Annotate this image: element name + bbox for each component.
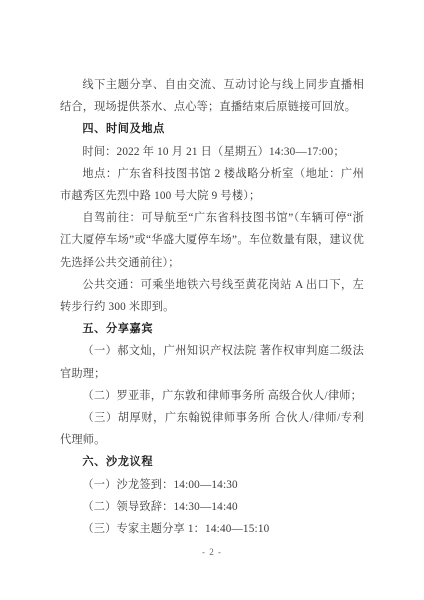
- paragraph-agenda-item-3: （三）专家主题分享 1：14:40—15:10: [60, 518, 364, 540]
- document-page: 线下主题分享、自由交流、互动讨论与线上同步直播相结合，现场提供茶水、点心等；直播…: [0, 0, 424, 600]
- paragraph-agenda-item-2: （二）领导致辞：14:30—14:40: [60, 496, 364, 518]
- paragraph-agenda-item-1: （一）沙龙签到：14:00—14:30: [60, 474, 364, 496]
- page-number: - 2 -: [0, 547, 424, 557]
- paragraph-guest-2: （二）罗亚菲，广东敦和律师事务所 高级合伙人/律师；: [60, 385, 364, 407]
- section-heading-agenda: 六、沙龙议程: [60, 451, 364, 473]
- section-heading-guests: 五、分享嘉宾: [60, 318, 364, 340]
- paragraph-public-transit: 公共交通：可乘坐地铁六号线至黄花岗站 A 出口下，左转步行约 300 米即到。: [60, 274, 364, 318]
- paragraph-guest-1: （一）郝文灿，广州知识产权法院 著作权审判庭二级法官助理；: [60, 340, 364, 384]
- section-heading-time-location: 四、时间及地点: [60, 118, 364, 140]
- paragraph-intro: 线下主题分享、自由交流、互动讨论与线上同步直播相结合，现场提供茶水、点心等；直播…: [60, 74, 364, 118]
- paragraph-time: 时间：2022 年 10 月 21 日（星期五）14:30—17:00；: [60, 141, 364, 163]
- paragraph-location: 地点：广东省科技图书馆 2 楼战略分析室（地址：广州市越秀区先烈中路 100 号…: [60, 163, 364, 207]
- paragraph-driving-directions: 自驾前往：可导航至“广东省科技图书馆”（车辆可停“浙江大厦停车场”或“华盛大厦停…: [60, 207, 364, 274]
- document-content: 线下主题分享、自由交流、互动讨论与线上同步直播相结合，现场提供茶水、点心等；直播…: [60, 74, 364, 540]
- paragraph-guest-3: （三）胡厚财，广东翰锐律师事务所 合伙人/律师/专利代理师。: [60, 407, 364, 451]
